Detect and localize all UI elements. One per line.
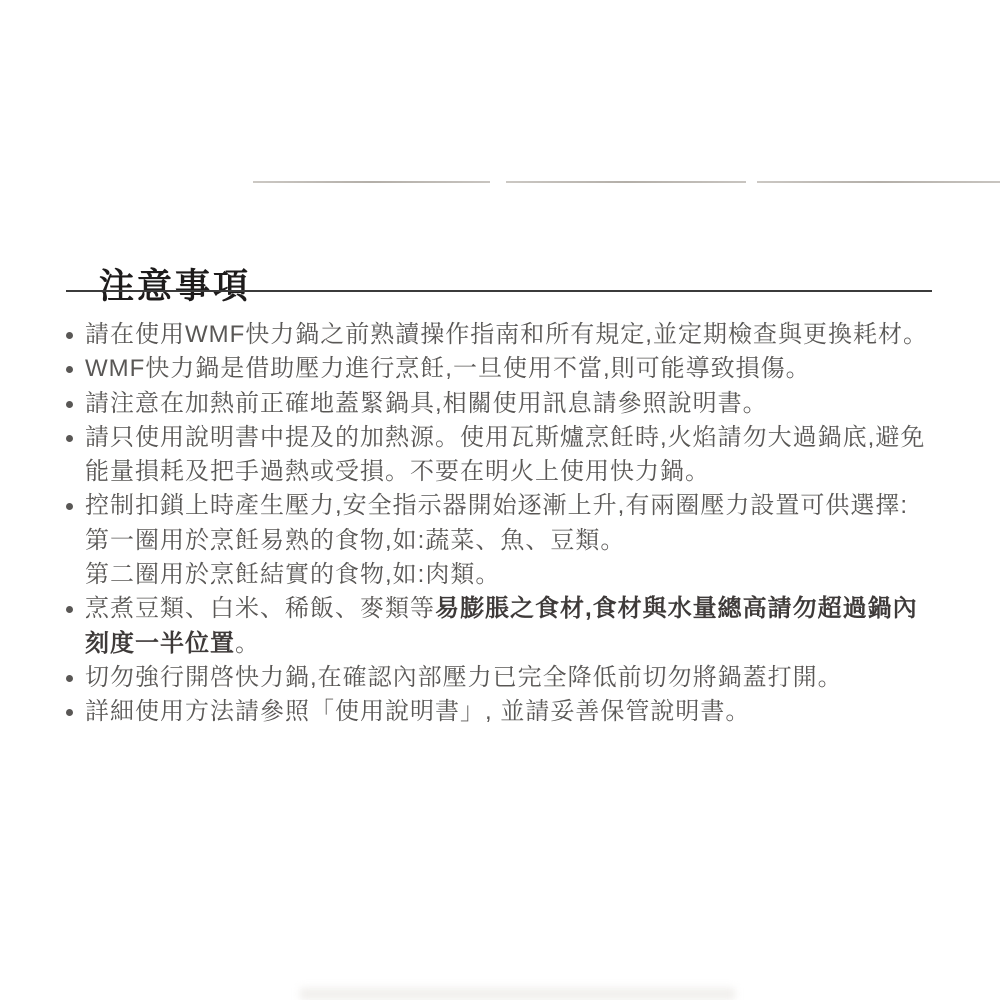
bullet-dot-icon	[66, 435, 73, 442]
note-text-line: 第一圈用於烹飪易熟的食物,如:蔬菜、魚、豆類。	[85, 524, 939, 558]
cropped-content-edge-top-left	[253, 181, 490, 183]
notes-list: 請在使用WMF快力鍋之前熟讀操作指南和所有規定,並定期檢查與更換耗材。WMF快力…	[66, 318, 956, 730]
bullet-dot-icon	[66, 332, 73, 339]
bullet-dot-icon	[66, 503, 73, 510]
note-text-line: 烹煮豆類、白米、稀飯、麥類等易膨脹之食材,食材與水量總高請勿超過鍋內刻度一半位置…	[85, 592, 939, 661]
note-item: 請只使用說明書中提及的加熱源。使用瓦斯爐烹飪時,火焰請勿大過鍋底,避免能量損耗及…	[66, 421, 956, 490]
note-text-run: 第二圈用於烹飪結實的食物,如:肉類。	[85, 561, 500, 588]
note-text-run: 詳細使用方法請參照「使用說明書」, 並請妥善保管說明書。	[85, 698, 750, 725]
note-text-line: 請在使用WMF快力鍋之前熟讀操作指南和所有規定,並定期檢查與更換耗材。	[85, 318, 939, 352]
note-item: 請在使用WMF快力鍋之前熟讀操作指南和所有規定,並定期檢查與更換耗材。	[66, 318, 956, 352]
note-item: WMF快力鍋是借助壓力進行烹飪,一旦使用不當,則可能導致損傷。	[66, 352, 956, 386]
bullet-dot-icon	[66, 675, 73, 682]
note-text-line: 請只使用說明書中提及的加熱源。使用瓦斯爐烹飪時,火焰請勿大過鍋底,避免能量損耗及…	[85, 421, 939, 490]
note-text: WMF快力鍋是借助壓力進行烹飪,一旦使用不當,則可能導致損傷。	[85, 352, 939, 386]
note-text-run: 控制扣鎖上時產生壓力,安全指示器開始逐漸上升,有兩圈壓力設置可供選擇:	[85, 492, 908, 519]
page-title: 注意事項	[99, 266, 251, 308]
note-text-run: 。	[235, 630, 260, 657]
note-text: 控制扣鎖上時產生壓力,安全指示器開始逐漸上升,有兩圈壓力設置可供選擇:第一圈用於…	[85, 489, 939, 592]
note-text-line: 第二圈用於烹飪結實的食物,如:肉類。	[85, 558, 939, 592]
note-text-run: 切勿強行開啓快力鍋,在確認內部壓力已完全降低前切勿將鍋蓋打開。	[85, 664, 843, 691]
note-item: 切勿強行開啓快力鍋,在確認內部壓力已完全降低前切勿將鍋蓋打開。	[66, 661, 956, 695]
note-text-run: 請注意在加熱前正確地蓋緊鍋具,相關使用訊息請參照說明書。	[85, 390, 768, 417]
note-text-run: 請只使用說明書中提及的加熱源。使用瓦斯爐烹飪時,火焰請勿大過鍋底,避免能量損耗及…	[85, 424, 925, 485]
note-text: 烹煮豆類、白米、稀飯、麥類等易膨脹之食材,食材與水量總高請勿超過鍋內刻度一半位置…	[85, 592, 939, 661]
note-text: 請只使用說明書中提及的加熱源。使用瓦斯爐烹飪時,火焰請勿大過鍋底,避免能量損耗及…	[85, 421, 939, 490]
note-text-line: 請注意在加熱前正確地蓋緊鍋具,相關使用訊息請參照說明書。	[85, 387, 939, 421]
bullet-dot-icon	[66, 401, 73, 408]
note-text-run: 烹煮豆類、白米、稀飯、麥類等	[85, 595, 435, 622]
cropped-content-edge-top-right	[757, 181, 1000, 183]
cropped-content-edge-bottom	[300, 988, 735, 1000]
note-text-line: 控制扣鎖上時產生壓力,安全指示器開始逐漸上升,有兩圈壓力設置可供選擇:	[85, 489, 939, 523]
note-item: 控制扣鎖上時產生壓力,安全指示器開始逐漸上升,有兩圈壓力設置可供選擇:第一圈用於…	[66, 489, 956, 592]
bullet-dot-icon	[66, 709, 73, 716]
note-text: 切勿強行開啓快力鍋,在確認內部壓力已完全降低前切勿將鍋蓋打開。	[85, 661, 939, 695]
note-item: 請注意在加熱前正確地蓋緊鍋具,相關使用訊息請參照說明書。	[66, 387, 956, 421]
title-underline-rule	[66, 290, 932, 292]
bullet-dot-icon	[66, 366, 73, 373]
note-text-line: WMF快力鍋是借助壓力進行烹飪,一旦使用不當,則可能導致損傷。	[85, 352, 939, 386]
note-text-line: 詳細使用方法請參照「使用說明書」, 並請妥善保管說明書。	[85, 695, 939, 729]
note-text-run: 第一圈用於烹飪易熟的食物,如:蔬菜、魚、豆類。	[85, 527, 625, 554]
bullet-dot-icon	[66, 606, 73, 613]
note-text: 詳細使用方法請參照「使用說明書」, 並請妥善保管說明書。	[85, 695, 939, 729]
note-item: 詳細使用方法請參照「使用說明書」, 並請妥善保管說明書。	[66, 695, 956, 729]
note-text-run: 請在使用WMF快力鍋之前熟讀操作指南和所有規定,並定期檢查與更換耗材。	[85, 321, 928, 348]
note-text: 請注意在加熱前正確地蓋緊鍋具,相關使用訊息請參照說明書。	[85, 387, 939, 421]
note-text: 請在使用WMF快力鍋之前熟讀操作指南和所有規定,並定期檢查與更換耗材。	[85, 318, 939, 352]
cropped-content-edge-top-middle	[506, 181, 746, 183]
note-text-run: WMF快力鍋是借助壓力進行烹飪,一旦使用不當,則可能導致損傷。	[85, 355, 811, 382]
note-text-line: 切勿強行開啓快力鍋,在確認內部壓力已完全降低前切勿將鍋蓋打開。	[85, 661, 939, 695]
note-item: 烹煮豆類、白米、稀飯、麥類等易膨脹之食材,食材與水量總高請勿超過鍋內刻度一半位置…	[66, 592, 956, 661]
product-notes-page: 注意事項 請在使用WMF快力鍋之前熟讀操作指南和所有規定,並定期檢查與更換耗材。…	[0, 0, 1000, 1000]
